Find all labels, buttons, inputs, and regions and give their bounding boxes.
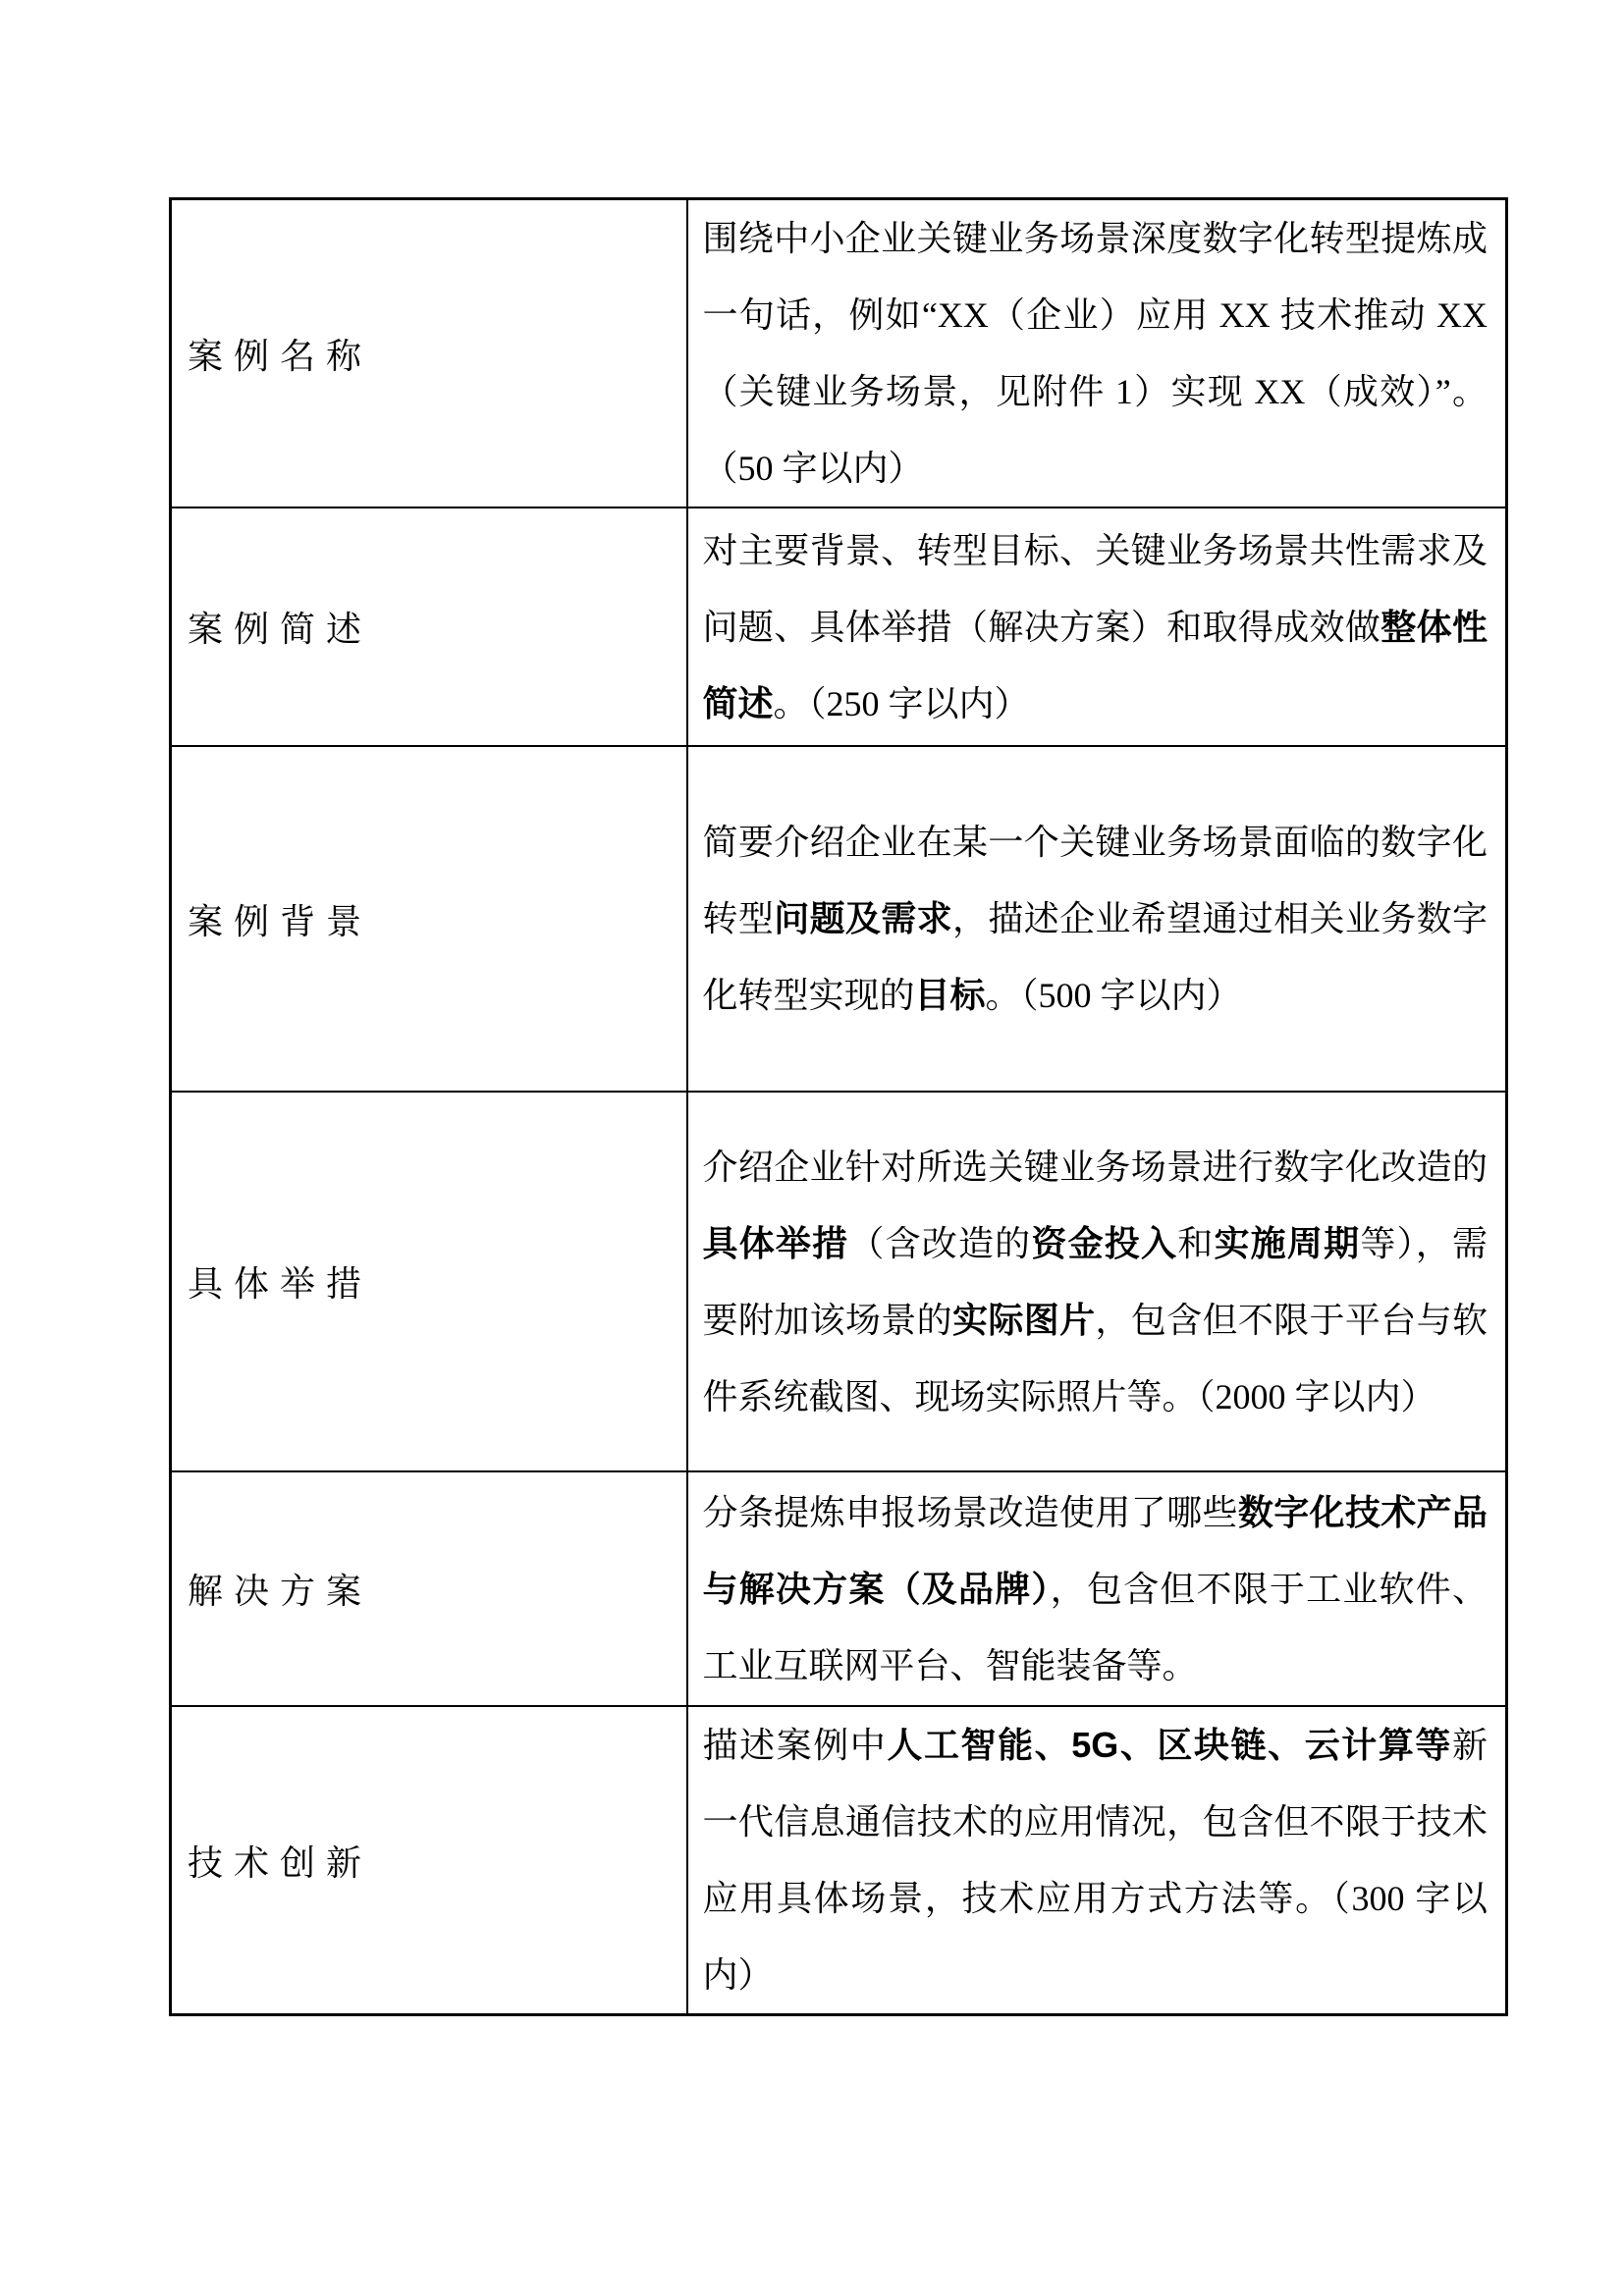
row-content: 介绍企业针对所选关键业务场景进行数字化改造的具体举措（含改造的资金投入和实施周期…	[687, 1092, 1507, 1471]
row-content: 对主要背景、转型目标、关键业务场景共性需求及问题、具体举措（解决方案）和取得成效…	[687, 507, 1507, 746]
row-label: 案例背景	[171, 746, 687, 1092]
row-label: 具体举措	[171, 1092, 687, 1471]
text-segment-bold: 实际图片	[952, 1300, 1095, 1340]
table-row: 具体举措介绍企业针对所选关键业务场景进行数字化改造的具体举措（含改造的资金投入和…	[171, 1092, 1507, 1471]
case-form-table: 案例名称围绕中小企业关键业务场景深度数字化转型提炼成一句话，例如“XX（企业）应…	[169, 197, 1508, 2016]
document-page: 案例名称围绕中小企业关键业务场景深度数字化转型提炼成一句话，例如“XX（企业）应…	[0, 0, 1624, 2296]
row-content: 简要介绍企业在某一个关键业务场景面临的数字化转型问题及需求，描述企业希望通过相关…	[687, 746, 1507, 1092]
table-row: 技术创新描述案例中人工智能、5G、区块链、云计算等新一代信息通信技术的应用情况，…	[171, 1706, 1507, 2015]
text-segment-bold: 实施周期	[1214, 1223, 1360, 1263]
text-segment-bold: 具体举措	[703, 1223, 849, 1263]
text-segment-bold: 资金投入	[1031, 1223, 1177, 1263]
row-content: 围绕中小企业关键业务场景深度数字化转型提炼成一句话，例如“XX（企业）应用 XX…	[687, 199, 1507, 508]
row-label: 案例简述	[171, 507, 687, 746]
table-row: 案例简述对主要背景、转型目标、关键业务场景共性需求及问题、具体举措（解决方案）和…	[171, 507, 1507, 746]
text-segment-bold: 目标	[915, 975, 986, 1015]
row-label: 技术创新	[171, 1706, 687, 2015]
text-segment: 。（500 字以内）	[986, 976, 1242, 1015]
text-segment: 。（250 字以内）	[774, 684, 1030, 723]
table-row: 解决方案分条提炼申报场景改造使用了哪些数字化技术产品与解决方案（及品牌），包含但…	[171, 1471, 1507, 1706]
text-segment-bold: 问题及需求	[774, 898, 952, 938]
table-row: 案例名称围绕中小企业关键业务场景深度数字化转型提炼成一句话，例如“XX（企业）应…	[171, 199, 1507, 508]
text-segment: （含改造的	[848, 1224, 1031, 1263]
text-segment: 分条提炼申报场景改造使用了哪些	[703, 1493, 1238, 1532]
text-segment-bold: 人工智能、5G、区块链、云计算等	[887, 1725, 1452, 1765]
row-content: 分条提炼申报场景改造使用了哪些数字化技术产品与解决方案（及品牌），包含但不限于工…	[687, 1471, 1507, 1706]
text-segment: 围绕中小企业关键业务场景深度数字化转型提炼成一句话，例如“XX（企业）应用 XX…	[703, 219, 1489, 488]
text-segment: 对主要背景、转型目标、关键业务场景共性需求及问题、具体举措（解决方案）和取得成效…	[703, 531, 1489, 647]
row-label: 解决方案	[171, 1471, 687, 1706]
row-content: 描述案例中人工智能、5G、区块链、云计算等新一代信息通信技术的应用情况，包含但不…	[687, 1706, 1507, 2015]
text-segment: 新一代信息通信技术的应用情况，包含但不限于技术应用具体场景，技术应用方式方法等。…	[703, 1726, 1489, 1995]
text-segment: 介绍企业针对所选关键业务场景进行数字化改造的	[703, 1148, 1489, 1187]
text-segment: 描述案例中	[703, 1726, 888, 1765]
text-segment: 和	[1177, 1224, 1214, 1263]
row-label: 案例名称	[171, 199, 687, 508]
table-row: 案例背景简要介绍企业在某一个关键业务场景面临的数字化转型问题及需求，描述企业希望…	[171, 746, 1507, 1092]
